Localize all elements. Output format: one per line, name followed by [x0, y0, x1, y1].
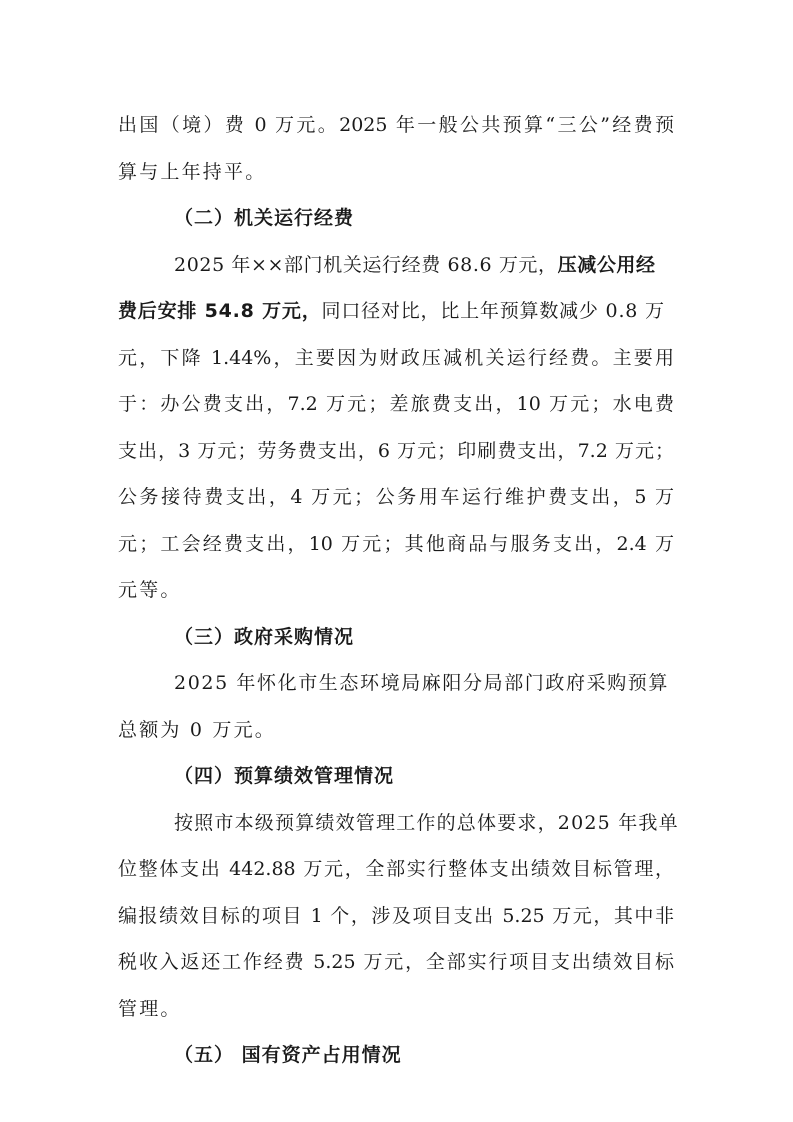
paragraph-line: 税收入返还工作经费 5.25 万元，全部实行项目支出绩效目标: [118, 950, 674, 974]
paragraph-line: 位整体支出 442.88 万元，全部实行整体支出绩效目标管理，: [118, 857, 674, 881]
paragraph-line: 元等。: [118, 578, 182, 602]
paragraph-line: 元，下降 1.44%，主要因为财政压减机关运行经费。主要用: [118, 346, 674, 370]
paragraph-line: 元；工会经费支出，10 万元；其他商品与服务支出，2.4 万: [118, 532, 674, 556]
paragraph-line: 算与上年持平。: [118, 160, 266, 184]
paragraph-line: 编报绩效目标的项目 1 个，涉及项目支出 5.25 万元，其中非: [118, 904, 674, 928]
paragraph-line: 2025 年怀化市生态环境局麻阳分局部门政府采购预算: [174, 671, 669, 695]
paragraph-line: 按照市本级预算绩效管理工作的总体要求，2025 年我单: [174, 811, 679, 835]
paragraph-line: 公务接待费支出，4 万元；公务用车运行维护费支出，5 万: [118, 485, 674, 509]
bold-text: 费后安排 54.8 万元，: [118, 300, 322, 322]
section-heading-2: （二）机关运行经费: [174, 206, 354, 230]
plain-text: 同口径对比，比上年预算数减少 0.8 万: [322, 300, 665, 322]
paragraph-line: 2025 年××部门机关运行经费 68.6 万元，压减公用经: [174, 253, 656, 277]
paragraph-line: 费后安排 54.8 万元，同口径对比，比上年预算数减少 0.8 万: [118, 299, 665, 323]
paragraph-line: 总额为 0 万元。: [118, 718, 276, 742]
section-heading-5: （五） 国有资产占用情况: [174, 1043, 402, 1067]
paragraph-line: 出国（境）费 0 万元。2025 年一般公共预算“三公”经费预: [118, 113, 674, 137]
section-heading-3: （三）政府采购情况: [174, 625, 354, 649]
paragraph-line: 管理。: [118, 997, 182, 1021]
plain-text: 2025 年××部门机关运行经费 68.6 万元，: [174, 254, 558, 276]
paragraph-line: 支出，3 万元；劳务费支出，6 万元；印刷费支出，7.2 万元；: [118, 439, 674, 463]
section-heading-4: （四）预算绩效管理情况: [174, 764, 394, 788]
paragraph-line: 于：办公费支出，7.2 万元；差旅费支出，10 万元；水电费: [118, 392, 674, 416]
bold-text: 压减公用经: [558, 254, 656, 276]
